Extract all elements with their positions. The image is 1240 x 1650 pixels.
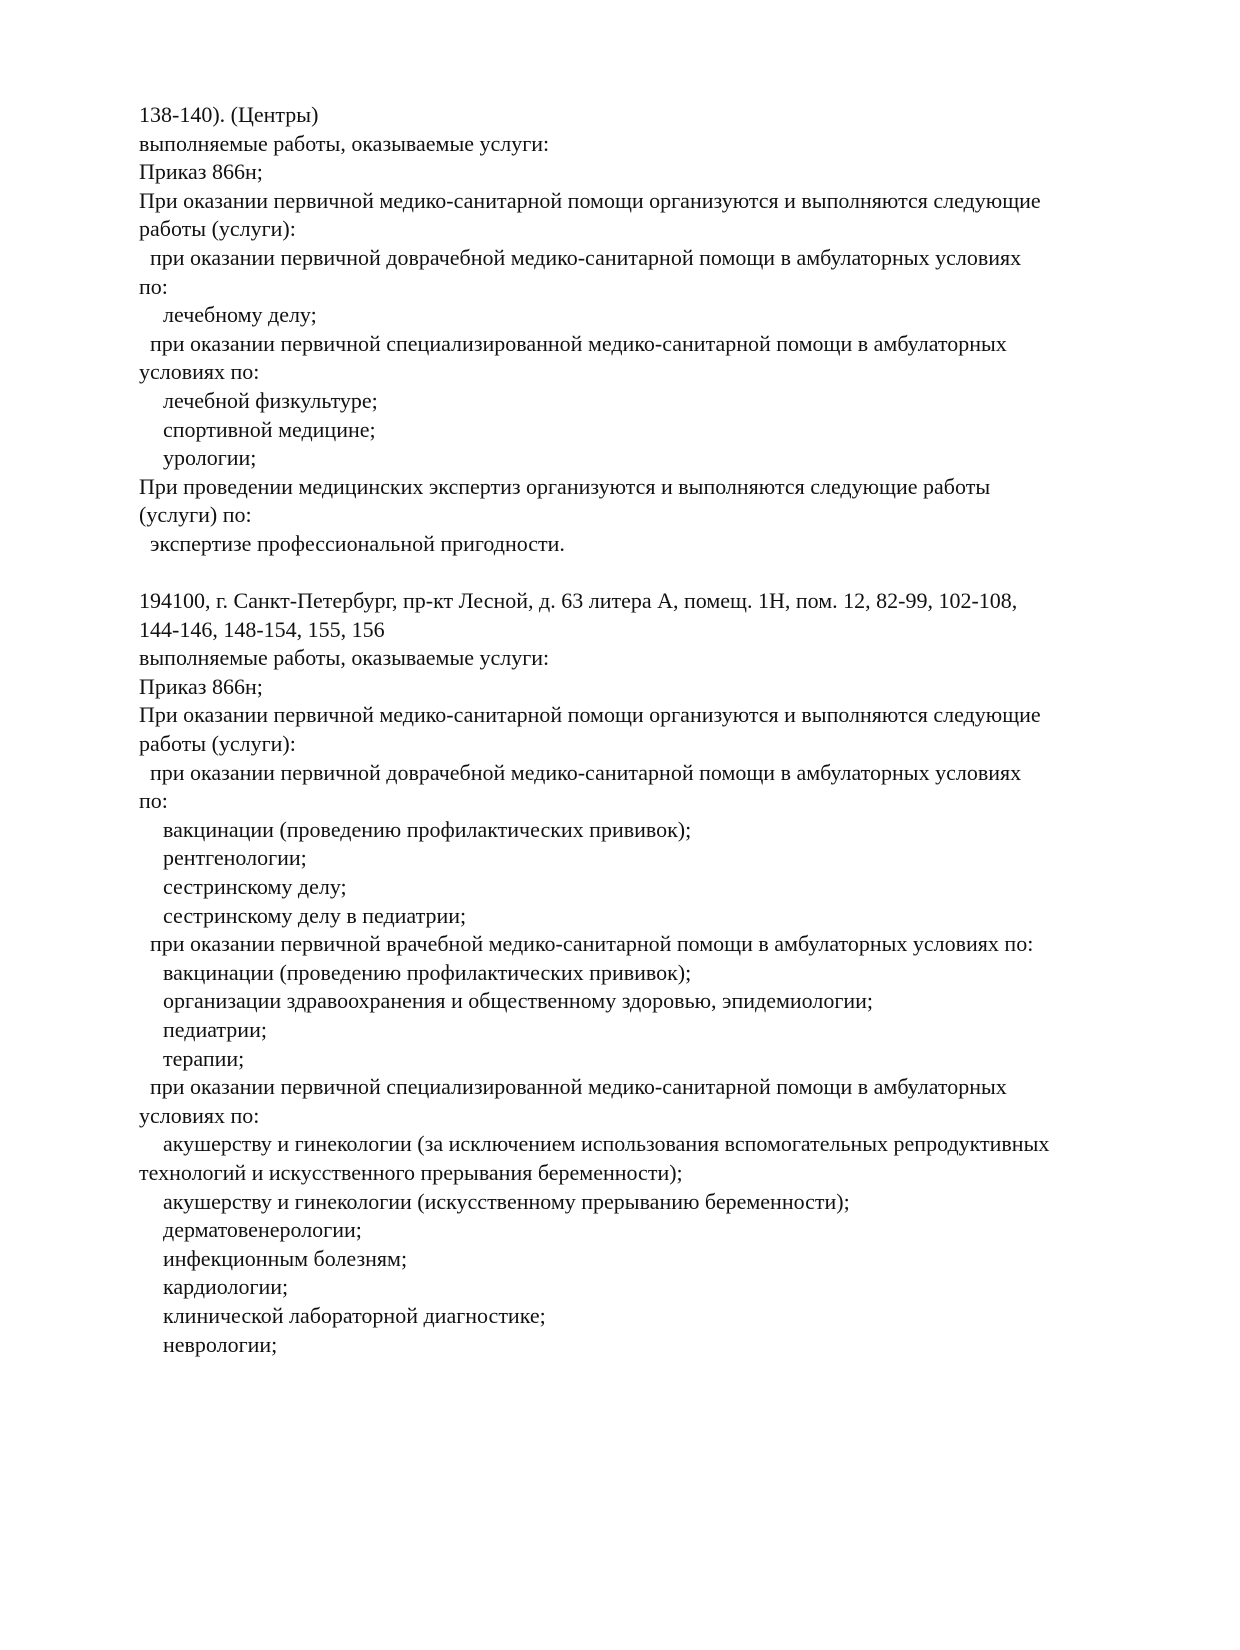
list-item: лечебному делу;: [139, 301, 1129, 330]
expertise-intro-cont: (услуги) по:: [139, 501, 1129, 530]
list-item: кардиологии;: [139, 1273, 1129, 1302]
list-item: терапии;: [139, 1045, 1129, 1074]
group-heading-cont: условиях по:: [139, 1102, 1129, 1131]
works-label: выполняемые работы, оказываемые услуги:: [139, 644, 1129, 673]
list-item: вакцинации (проведению профилактических …: [139, 959, 1129, 988]
list-item: рентгенологии;: [139, 844, 1129, 873]
list-item: вакцинации (проведению профилактических …: [139, 816, 1129, 845]
list-item: неврологии;: [139, 1331, 1129, 1360]
pmsp-intro: При оказании первичной медико-санитарной…: [139, 187, 1129, 216]
document-page: 138-140). (Центры) выполняемые работы, о…: [0, 0, 1240, 1650]
list-item: клинической лабораторной диагностике;: [139, 1302, 1129, 1331]
pmsp-intro-cont: работы (услуги):: [139, 730, 1129, 759]
address-cont: 144-146, 148-154, 155, 156: [139, 616, 1129, 645]
order-reference: Приказ 866н;: [139, 158, 1129, 187]
list-item: лечебной физкультуре;: [139, 387, 1129, 416]
works-label: выполняемые работы, оказываемые услуги:: [139, 130, 1129, 159]
list-item: инфекционным болезням;: [139, 1245, 1129, 1274]
address: 194100, г. Санкт-Петербург, пр-кт Лесной…: [139, 587, 1129, 616]
section-lesnoy-address: 194100, г. Санкт-Петербург, пр-кт Лесной…: [139, 587, 1129, 1359]
group-heading: при оказании первичной специализированно…: [139, 1073, 1129, 1102]
pmsp-intro: При оказании первичной медико-санитарной…: [139, 701, 1129, 730]
list-item-cont: технологий и искусственного прерывания б…: [139, 1159, 1129, 1188]
list-item: урологии;: [139, 444, 1129, 473]
list-item: спортивной медицине;: [139, 416, 1129, 445]
section-centers: 138-140). (Центры) выполняемые работы, о…: [139, 101, 1129, 559]
list-item: акушерству и гинекологии (за исключением…: [139, 1130, 1129, 1159]
document-body: 138-140). (Центры) выполняемые работы, о…: [139, 101, 1129, 1359]
list-item: сестринскому делу в педиатрии;: [139, 902, 1129, 931]
order-reference: Приказ 866н;: [139, 673, 1129, 702]
group-heading: при оказании первичной доврачебной медик…: [139, 759, 1129, 788]
pmsp-intro-cont: работы (услуги):: [139, 215, 1129, 244]
group-heading: при оказании первичной доврачебной медик…: [139, 244, 1129, 273]
group-heading-cont: условиях по:: [139, 358, 1129, 387]
address-tail: 138-140). (Центры): [139, 101, 1129, 130]
group-heading: при оказании первичной врачебной медико-…: [139, 930, 1129, 959]
group-heading: при оказании первичной специализированно…: [139, 330, 1129, 359]
list-item: организации здравоохранения и общественн…: [139, 987, 1129, 1016]
group-heading-cont: по:: [139, 273, 1129, 302]
list-item: педиатрии;: [139, 1016, 1129, 1045]
paragraph-spacer: [139, 559, 1129, 588]
group-heading-cont: по:: [139, 787, 1129, 816]
list-item: экспертизе профессиональной пригодности.: [139, 530, 1129, 559]
list-item: сестринскому делу;: [139, 873, 1129, 902]
list-item: дерматовенерологии;: [139, 1216, 1129, 1245]
list-item: акушерству и гинекологии (искусственному…: [139, 1188, 1129, 1217]
expertise-intro: При проведении медицинских экспертиз орг…: [139, 473, 1129, 502]
